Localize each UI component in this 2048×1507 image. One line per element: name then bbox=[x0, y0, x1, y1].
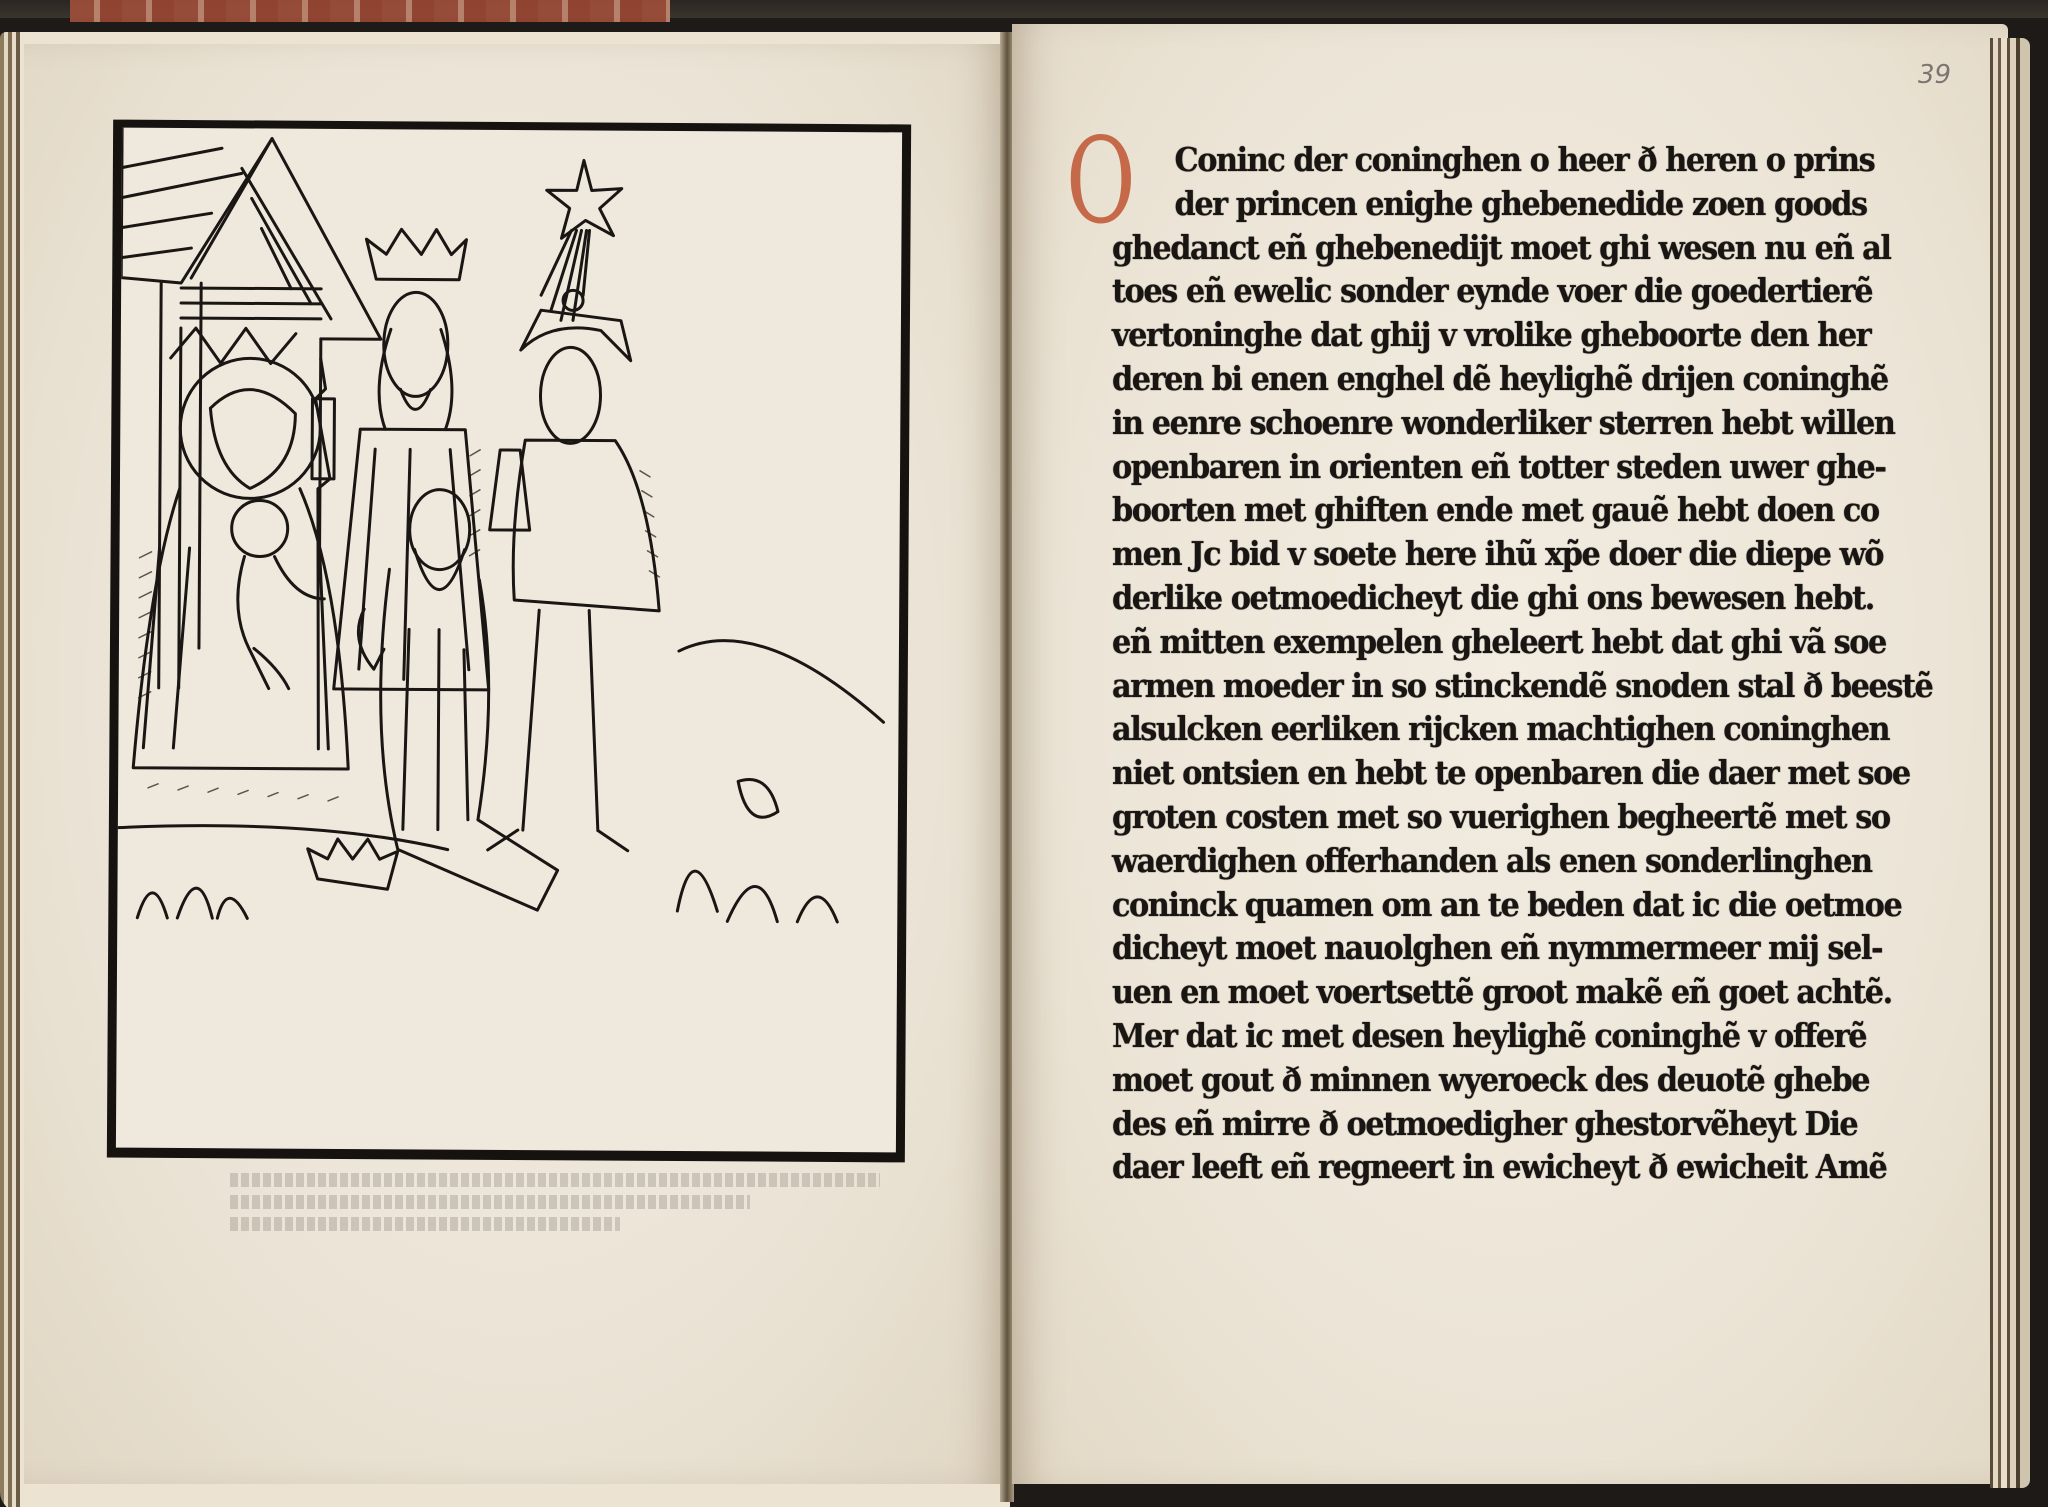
woodcut-adoration-of-magi bbox=[107, 120, 911, 1163]
text-line: boorten met ghiften ende met gauẽ hebt d… bbox=[1112, 488, 1839, 532]
text-line: deren bi enen enghel dẽ heylighẽ drijen … bbox=[1112, 357, 1839, 401]
text-line: dicheyt moet nauolghen eñ nymmermeer mij… bbox=[1112, 926, 1839, 970]
text-line: men Jc bid v soete here ihũ xp̃e doer di… bbox=[1112, 532, 1839, 576]
text-line: moet gout ð minnen wyeroeck des deuotẽ g… bbox=[1112, 1058, 1839, 1102]
text-line: Coninc der coninghen o heer ð heren o pr… bbox=[1112, 138, 1839, 182]
text-line: niet ontsien en hebt te openbaren die da… bbox=[1112, 751, 1839, 795]
text-line: groten costen met so vuerighen begheertẽ… bbox=[1112, 795, 1839, 839]
text-line: Mer dat ic met desen heylighẽ coninghẽ v… bbox=[1112, 1014, 1839, 1058]
text-line: der princen enighe ghebenedide zoen good… bbox=[1112, 182, 1839, 226]
text-line: coninck quamen om an te beden dat ic die… bbox=[1112, 883, 1839, 927]
text-line: eñ mitten exempelen gheleert hebt dat gh… bbox=[1112, 620, 1839, 664]
folio-number: 39 bbox=[1918, 60, 1951, 90]
young-king-icon bbox=[488, 290, 661, 851]
text-line: waerdighen offerhanden als enen sonderli… bbox=[1112, 839, 1839, 883]
text-line: des eñ mirre ð oetmoedigher ghestorvẽhey… bbox=[1112, 1102, 1839, 1146]
crown-on-ground-icon bbox=[307, 839, 397, 890]
show-through-text bbox=[230, 1165, 880, 1235]
blackletter-text-block: Coninc der coninghen o heer ð heren o pr… bbox=[1112, 138, 1902, 1189]
text-line: alsulcken eerliken rijcken machtighen co… bbox=[1112, 707, 1839, 751]
right-page-stack bbox=[1990, 38, 2030, 1488]
text-line: uen en moet voertsettẽ groot makẽ eñ goe… bbox=[1112, 970, 1839, 1014]
text-line: derlike oetmoedicheyt die ghi ons bewese… bbox=[1112, 576, 1839, 620]
text-line: ghedanct eñ ghebenedijt moet ghi wesen n… bbox=[1112, 226, 1839, 270]
text-line: toes eñ ewelic sonder eynde voer die goe… bbox=[1112, 269, 1839, 313]
hill-and-plants-icon bbox=[117, 637, 884, 922]
text-line: daer leeft eñ regneert in ewicheyt ð ewi… bbox=[1112, 1145, 1839, 1189]
text-line: in eenre schoenre wonderliker sterren he… bbox=[1112, 401, 1839, 445]
hatching bbox=[138, 448, 660, 803]
text-line: vertoninghe dat ghij v vrolike gheboorte… bbox=[1112, 313, 1839, 357]
christ-child-icon bbox=[231, 500, 325, 689]
text-line: armen moeder in so stinckendẽ snoden sta… bbox=[1112, 664, 1839, 708]
text-line: openbaren in orienten eñ totter steden u… bbox=[1112, 445, 1839, 489]
